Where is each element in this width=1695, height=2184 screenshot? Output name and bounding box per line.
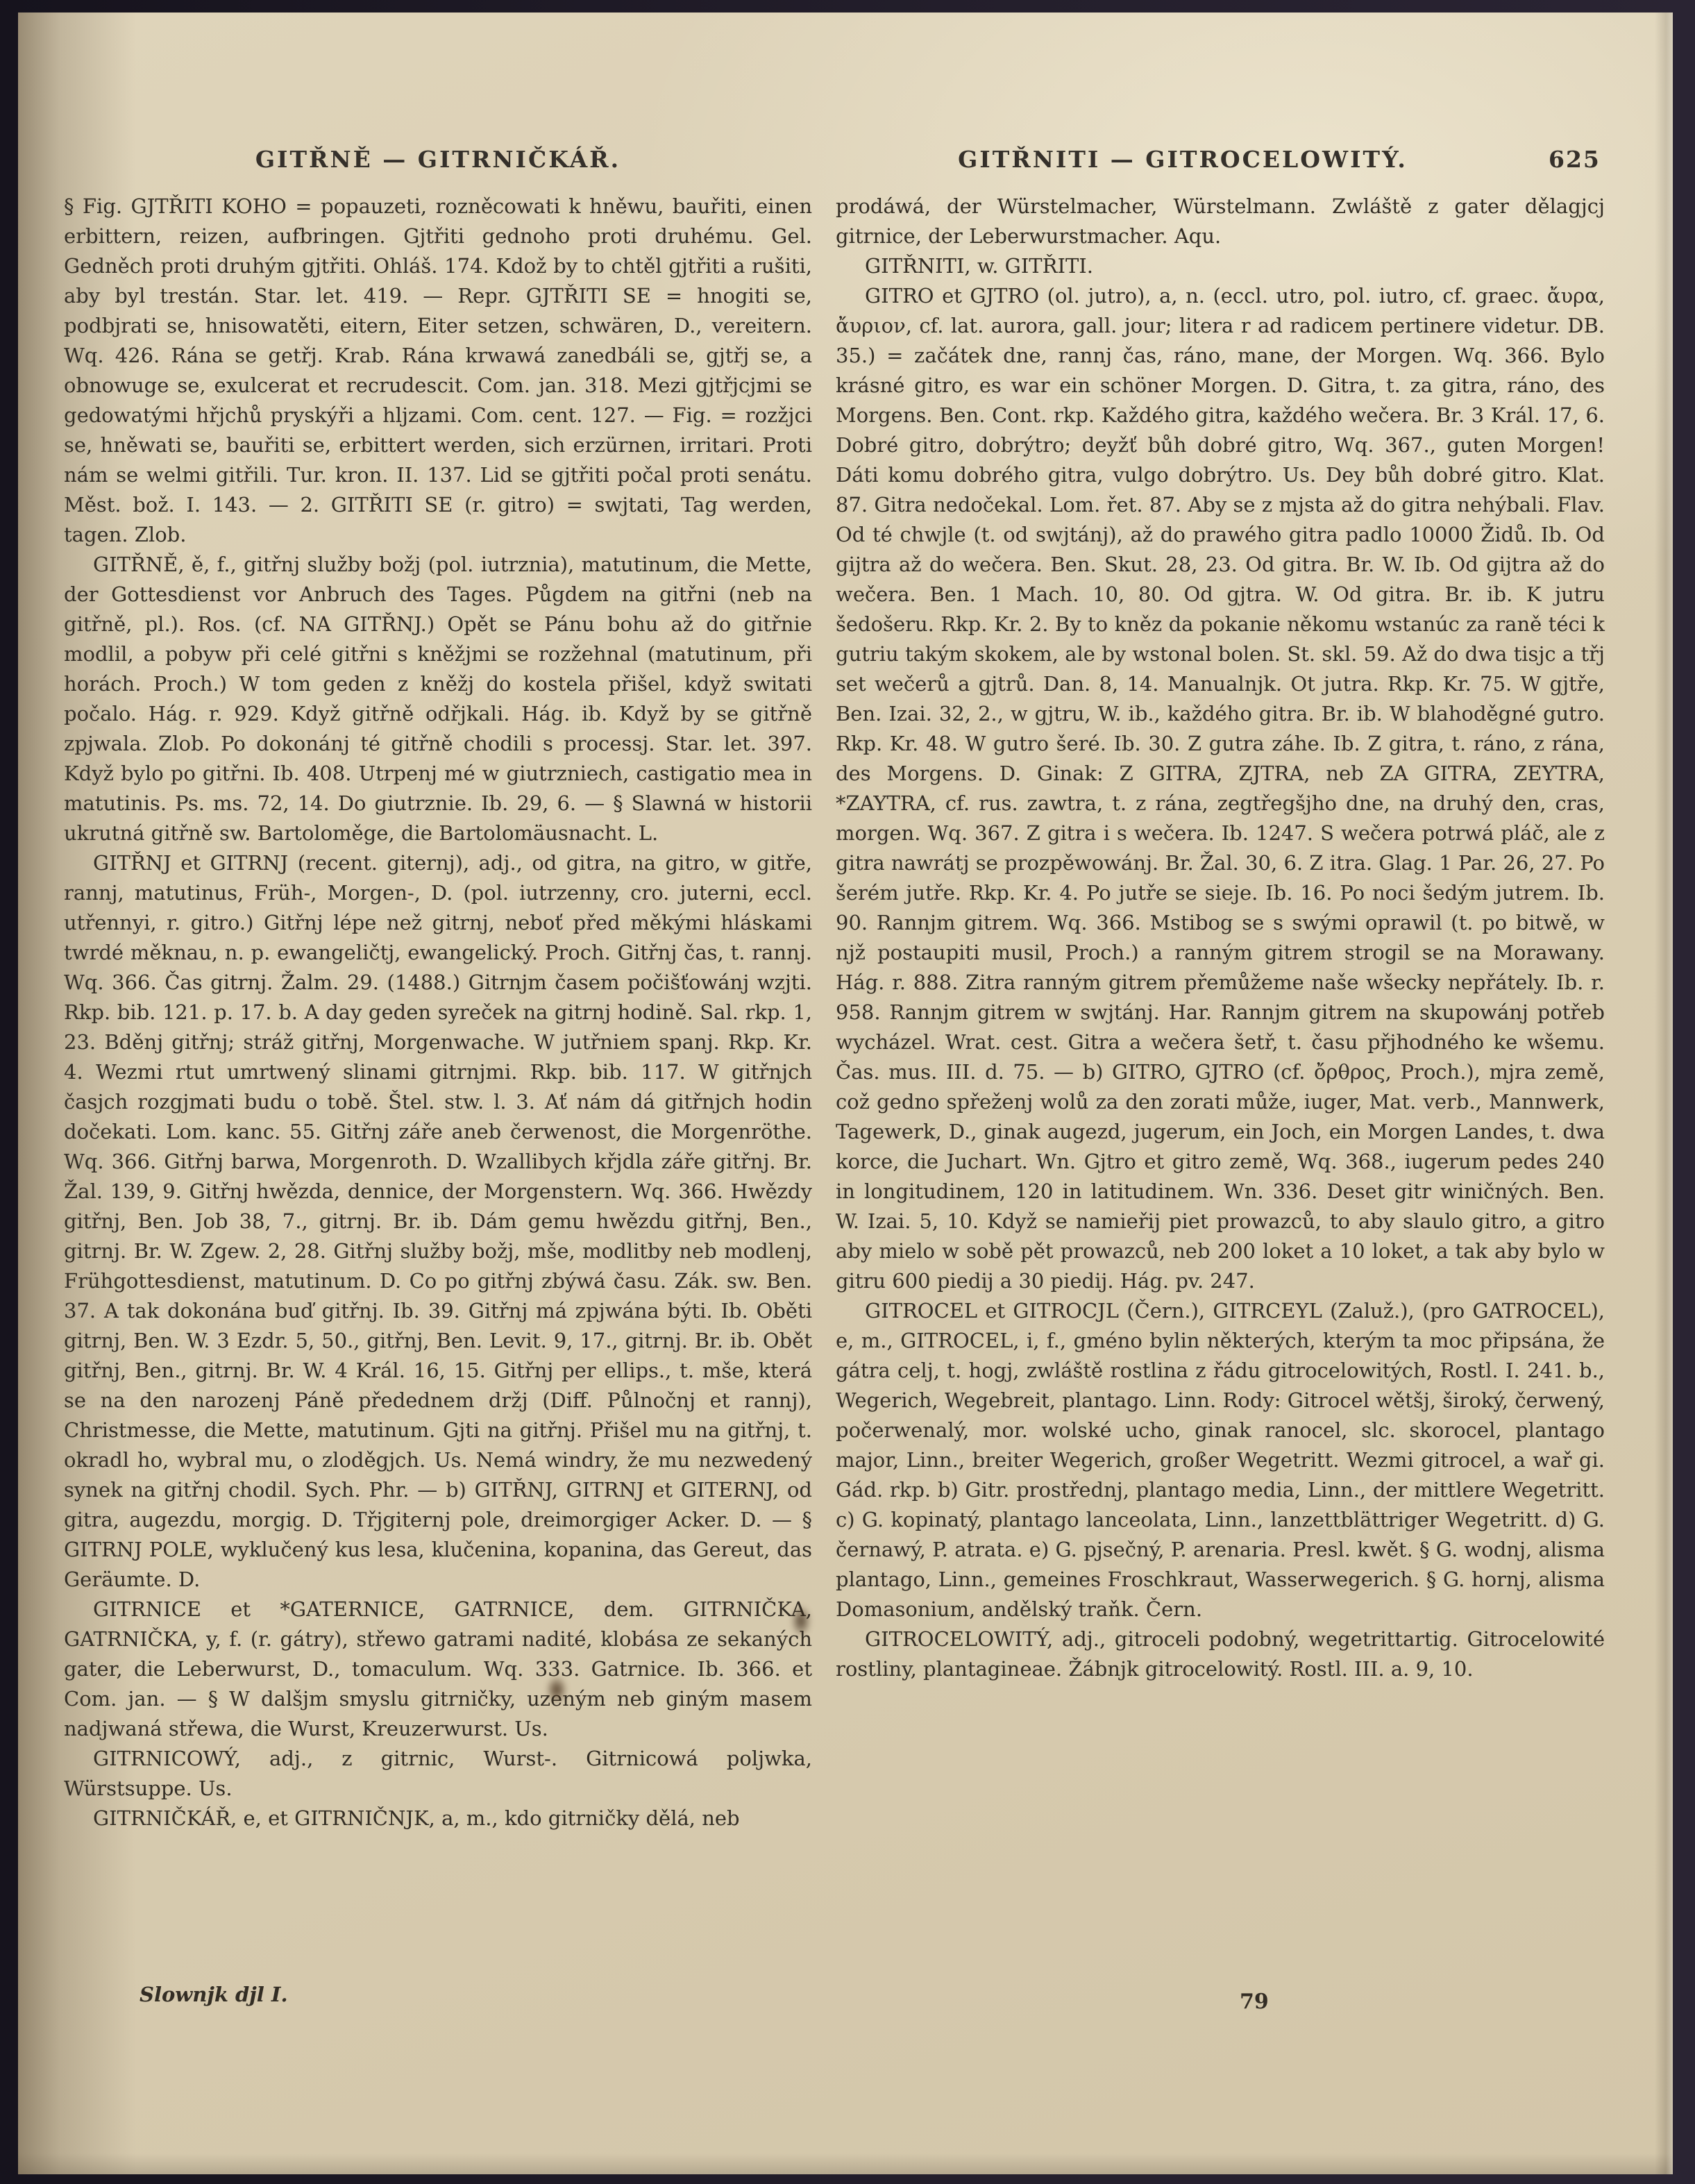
ink-smudge xyxy=(787,1599,815,1643)
dictionary-paragraph: prodáwá, der Würstelmacher, Würstelmann.… xyxy=(836,192,1605,251)
dictionary-paragraph: GITRNIČKÁŘ, e, et GITRNIČNJK, a, m., kdo… xyxy=(64,1804,812,1833)
dictionary-paragraph: GITRNICOWÝ, adj., z gitrnic, Wurst-. Git… xyxy=(64,1744,812,1804)
dictionary-paragraph: GITRO et GJTRO (ol. jutro), a, n. (eccl.… xyxy=(836,281,1605,1296)
dictionary-paragraph: GITŘNĚ, ě, f., gitřnj služby božj (pol. … xyxy=(64,550,812,848)
dictionary-page: GITŘNĚ — GITRNIČKÁŘ. GITŘNITI — GITROCEL… xyxy=(18,12,1673,2174)
scanned-book-photo: GITŘNĚ — GITRNIČKÁŘ. GITŘNITI — GITROCEL… xyxy=(0,0,1695,2184)
ink-smudge xyxy=(542,1670,571,1709)
dictionary-paragraph: GITŘNITI, w. GITŘITI. xyxy=(836,251,1605,281)
dictionary-paragraph: GITROCELOWITÝ, adj., gitroceli podobný, … xyxy=(836,1624,1605,1684)
text-column-left: § Fig. GJTŘITI KOHO = popauzeti, rozněco… xyxy=(64,192,812,1833)
dictionary-paragraph: GITRNICE et *GATERNICE, GATRNICE, dem. G… xyxy=(64,1595,812,1744)
text-column-right: prodáwá, der Würstelmacher, Würstelmann.… xyxy=(836,192,1605,1684)
sheet-signature: 79 xyxy=(1240,1990,1269,2014)
running-head-right: GITŘNITI — GITROCELOWITÝ. xyxy=(836,146,1530,173)
running-head-left: GITŘNĚ — GITRNIČKÁŘ. xyxy=(64,146,812,173)
dictionary-paragraph: GITŘNJ et GITRNJ (recent. giternj), adj.… xyxy=(64,848,812,1595)
dictionary-paragraph: § Fig. GJTŘITI KOHO = popauzeti, rozněco… xyxy=(64,192,812,550)
dictionary-paragraph: GITROCEL et GITROCJL (Čern.), GITRCEYL (… xyxy=(836,1296,1605,1624)
page-edge-highlight xyxy=(1666,12,1673,2174)
volume-catchword: Slownjk djl I. xyxy=(140,1983,288,2006)
page-number: 625 xyxy=(1549,146,1601,173)
